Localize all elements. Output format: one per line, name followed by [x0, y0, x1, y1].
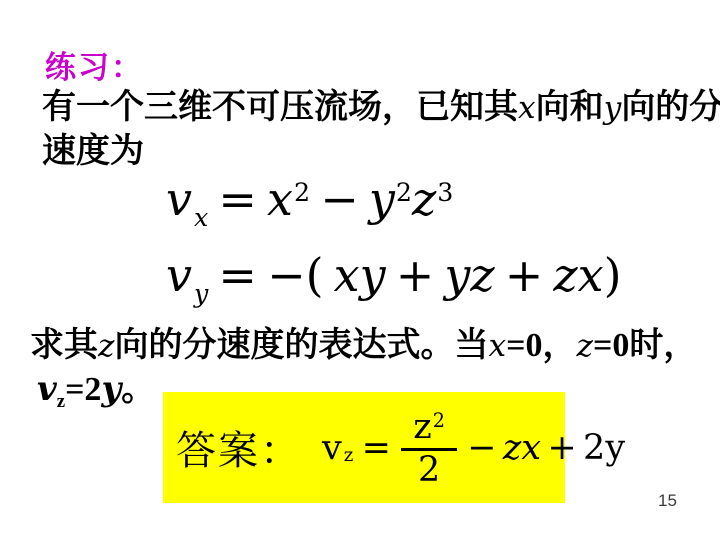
- fraction-denominator: 2: [418, 451, 440, 488]
- problem-line-1: 有一个三维不可压流场，已知其x向和y向的分: [42, 86, 720, 130]
- equals-sign: =: [218, 248, 257, 302]
- math-var-z: z: [577, 328, 593, 364]
- equals-sign: =: [218, 172, 257, 226]
- question-text: =0时，: [593, 327, 697, 364]
- problem-text: 向和: [536, 89, 604, 126]
- problem-text: 向的分: [621, 89, 720, 126]
- math-sub-x: x: [194, 203, 208, 232]
- math-coef-2: 2: [583, 428, 605, 468]
- answer-label: 答案：: [176, 419, 302, 476]
- close-paren: ): [604, 248, 622, 302]
- formula-vz-answer: vz=z22−zx+2y: [322, 408, 625, 488]
- minus-sign: −: [467, 428, 496, 468]
- fraction: z22: [401, 408, 457, 488]
- math-var-v: v: [166, 172, 192, 226]
- math-var-z: z: [413, 407, 431, 447]
- math-var-y: y: [604, 90, 622, 126]
- math-sup-2: 2: [396, 178, 412, 207]
- math-term-yz: yz: [444, 248, 494, 302]
- math-var-y: y: [101, 369, 121, 409]
- math-sub-z: z: [57, 391, 65, 412]
- math-term-xy: xy: [334, 248, 386, 302]
- question-text: 求其: [30, 327, 98, 364]
- math-var-y: y: [605, 428, 625, 468]
- slide: 练习： 有一个三维不可压流场，已知其x向和y向的分 速度为 vx=x2−y2z3…: [0, 0, 720, 540]
- minus-sign: −: [320, 172, 359, 226]
- question-line-2: vz=2y。: [37, 368, 155, 412]
- minus-open-paren: −(: [267, 248, 324, 302]
- math-var-x: x: [488, 328, 506, 364]
- formula-vy: vy=−(xy+yz+zx): [166, 248, 622, 302]
- problem-line-2: 速度为: [42, 130, 720, 174]
- math-sub-y: y: [194, 279, 208, 308]
- question-line-1: 求其z向的分速度的表达式。当x=0，z=0时，: [30, 324, 697, 368]
- plus-sign: +: [505, 248, 544, 302]
- math-var-z: z: [412, 172, 436, 226]
- math-sub-z: z: [344, 445, 354, 466]
- question-text: =0，: [506, 327, 576, 364]
- math-var-v: v: [37, 369, 57, 409]
- math-term-zx: zx: [553, 248, 603, 302]
- math-var-x: x: [518, 90, 536, 126]
- math-sup-2: 2: [294, 178, 310, 207]
- formula-vx: vx=x2−y2z3: [166, 172, 453, 226]
- question-text: 。: [121, 371, 155, 408]
- math-var-y: y: [369, 172, 395, 226]
- plus-sign: +: [396, 248, 435, 302]
- slide-title: 练习：: [45, 42, 144, 87]
- question-text: 向的分速度的表达式。当: [114, 327, 488, 364]
- problem-statement: 有一个三维不可压流场，已知其x向和y向的分 速度为: [42, 86, 720, 173]
- equals-sign: =: [362, 428, 391, 468]
- math-sup-2: 2: [433, 409, 445, 432]
- problem-text: 有一个三维不可压流场，已知其: [42, 89, 518, 126]
- fraction-numerator: z2: [401, 408, 457, 451]
- answer-box: 答案： vz=z22−zx+2y: [163, 392, 565, 503]
- math-var-x: x: [267, 172, 293, 226]
- math-term-zx: zx: [503, 428, 541, 468]
- page-number: 15: [658, 491, 677, 511]
- question-text: =2: [65, 371, 101, 408]
- math-var-v: v: [322, 428, 342, 468]
- math-var-z: z: [98, 328, 114, 364]
- math-sup-3: 3: [437, 178, 453, 207]
- math-var-v: v: [166, 248, 192, 302]
- plus-sign: +: [547, 428, 576, 468]
